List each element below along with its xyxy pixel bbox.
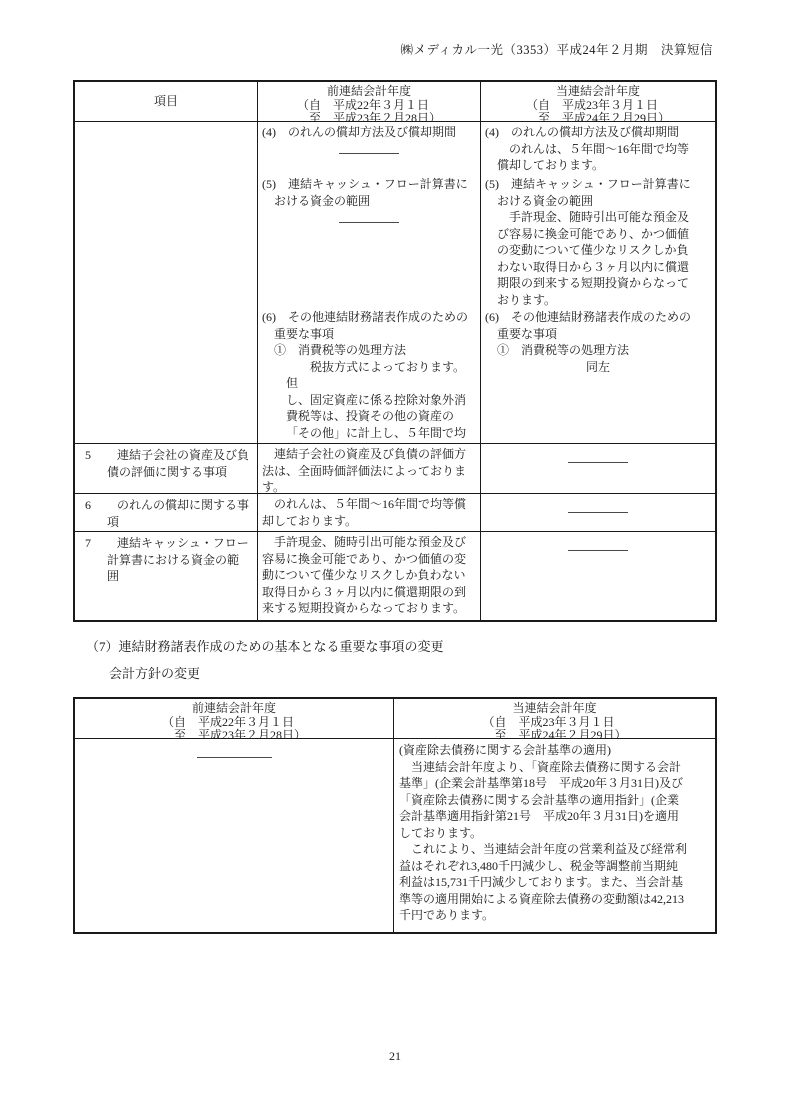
rowA-prev-goodwill-amortization: (4) のれんの償却方法及び償却期間 bbox=[257, 122, 480, 174]
row5-cur-cell bbox=[480, 443, 715, 493]
t2-column-header-prev-period: 前連結会計年度 （自 平成22年３月１日 至 平成23年２月28日） bbox=[75, 699, 393, 739]
row6-prev-text: のれんは、５年間〜16年間で均等償 却しております。 bbox=[262, 496, 476, 529]
g5-heading-prev: (5) 連結キャッシュ・フロー計算書に おける資金の範囲 bbox=[262, 176, 476, 209]
section7-subtitle: 会計方針の変更 bbox=[109, 666, 200, 683]
section7-title: （7）連結財務諸表作成のための基本となる重要な事項の変更 bbox=[86, 639, 444, 656]
row7-cur-cell bbox=[480, 531, 715, 620]
g6-body-prev: 税抜方式によっております。但 し、固定資産に係る控除対象外消 費税等は、投資その… bbox=[286, 359, 476, 444]
row5-label: 連結子会社の資産及び負 債の評価に関する事項 bbox=[107, 447, 253, 480]
prev-period-title: 前連結会計年度 bbox=[262, 85, 476, 99]
row6-cur-cell bbox=[480, 493, 715, 531]
blank-dash bbox=[339, 222, 399, 223]
row7-number: 7 bbox=[85, 535, 91, 552]
column-header-item-label: 項目 bbox=[154, 95, 178, 109]
row7-item-cell: 7 連結キャッシュ・フロー 計算書における資金の範 囲 bbox=[75, 531, 257, 620]
g5-heading-cur: (5) 連結キャッシュ・フロー計算書に おける資金の範囲 bbox=[485, 176, 711, 209]
rowA-item-cell-empty bbox=[75, 122, 257, 443]
column-header-item: 項目 bbox=[75, 82, 257, 122]
cur-period-title: 当連結会計年度 bbox=[485, 85, 711, 99]
g6-item-cur: ① 消費税等の処理方法 bbox=[497, 342, 711, 359]
blank-dash bbox=[568, 550, 628, 551]
blank-dash bbox=[339, 153, 399, 154]
page-number: 21 bbox=[0, 1048, 790, 1065]
document-page: ㈱メディカル一光（3353）平成24年２月期 決算短信 項目 前連結会計年度 （… bbox=[0, 0, 790, 1118]
prev-period-dates: （自 平成22年３月１日 至 平成23年２月28日） bbox=[297, 99, 441, 123]
rowA-prev-other-matters: (6) その他連結財務諸表作成のための 重要な事項 ① 消費税等の処理方法 税抜… bbox=[257, 307, 480, 443]
row6-label: のれんの償却に関する事 項 bbox=[107, 497, 253, 530]
blank-dash bbox=[197, 757, 272, 758]
row6-prev-cell: のれんは、５年間〜16年間で均等償 却しております。 bbox=[257, 493, 480, 531]
g6-item-prev: ① 消費税等の処理方法 bbox=[274, 342, 476, 359]
accounting-policy-table: 項目 前連結会計年度 （自 平成22年３月１日 至 平成23年２月28日） 当連… bbox=[73, 80, 717, 622]
t2-prev-period-title: 前連結会計年度 bbox=[80, 702, 388, 716]
g6-heading-prev: (6) その他連結財務諸表作成のための 重要な事項 bbox=[262, 309, 476, 342]
t2-prev-period-dates: （自 平成22年３月１日 至 平成23年２月28日） bbox=[162, 716, 306, 740]
t2-cur-body-cell: (資産除去債務に関する会計基準の適用) 当連結会計年度より、「資産除去債務に関す… bbox=[393, 739, 715, 932]
row7-label: 連結キャッシュ・フロー 計算書における資金の範 囲 bbox=[107, 535, 253, 585]
row5-item-cell: 5 連結子会社の資産及び負 債の評価に関する事項 bbox=[75, 443, 257, 493]
t2-cur-period-title: 当連結会計年度 bbox=[399, 702, 710, 716]
row7-prev-text: 手許現金、随時引出可能な預金及び 容易に換金可能であり、かつ価値の変 動について… bbox=[262, 534, 476, 617]
row5-prev-text: 連結子会社の資産及び負債の評価方 法は、全面時価評価法によっておりま す。 bbox=[262, 446, 476, 493]
rowA-cur-cashflow-scope: (5) 連結キャッシュ・フロー計算書に おける資金の範囲 手許現金、随時引出可能… bbox=[480, 174, 715, 307]
row6-item-cell: 6 のれんの償却に関する事 項 bbox=[75, 493, 257, 531]
row7-prev-cell: 手許現金、随時引出可能な預金及び 容易に換金可能であり、かつ価値の変 動について… bbox=[257, 531, 480, 620]
blank-dash bbox=[568, 512, 628, 513]
rowA-cur-other-matters: (6) その他連結財務諸表作成のための 重要な事項 ① 消費税等の処理方法 同左 bbox=[480, 307, 715, 443]
row5-prev-cell: 連結子会社の資産及び負債の評価方 法は、全面時価評価法によっておりま す。 bbox=[257, 443, 480, 493]
g6-heading-cur: (6) その他連結財務諸表作成のための 重要な事項 bbox=[485, 309, 711, 342]
row5-number: 5 bbox=[85, 447, 91, 464]
g4-body-cur: のれんは、５年間〜16年間で均等 償却しております。 bbox=[497, 141, 711, 174]
policy-change-table: 前連結会計年度 （自 平成22年３月１日 至 平成23年２月28日） 当連結会計… bbox=[73, 697, 717, 934]
row6-number: 6 bbox=[85, 497, 91, 514]
column-header-cur-period: 当連結会計年度 （自 平成23年３月１日 至 平成24年２月29日） bbox=[480, 82, 715, 122]
cur-period-dates: （自 平成23年３月１日 至 平成24年２月29日） bbox=[526, 99, 670, 123]
t2-prev-body-cell bbox=[75, 739, 393, 932]
column-header-prev-period: 前連結会計年度 （自 平成22年３月１日 至 平成23年２月28日） bbox=[257, 82, 480, 122]
t2-column-header-cur-period: 当連結会計年度 （自 平成23年３月１日 至 平成24年２月29日） bbox=[393, 699, 715, 739]
blank-dash bbox=[568, 462, 628, 463]
document-header: ㈱メディカル一光（3353）平成24年２月期 決算短信 bbox=[400, 42, 713, 59]
g5-body-cur: 手許現金、随時引出可能な預金及 び容易に換金可能であり、かつ価値 の変動について… bbox=[497, 209, 711, 307]
asset-retirement-obligation-text: (資産除去債務に関する会計基準の適用) 当連結会計年度より、「資産除去債務に関す… bbox=[399, 742, 709, 924]
g4-heading-prev: (4) のれんの償却方法及び償却期間 bbox=[262, 124, 476, 141]
g4-heading-cur: (4) のれんの償却方法及び償却期間 bbox=[485, 124, 711, 141]
rowA-prev-cashflow-scope: (5) 連結キャッシュ・フロー計算書に おける資金の範囲 bbox=[257, 174, 480, 307]
g6-same-as-left: 同左 bbox=[485, 359, 711, 376]
t2-cur-period-dates: （自 平成23年３月１日 至 平成24年２月29日） bbox=[482, 716, 626, 740]
rowA-cur-goodwill-amortization: (4) のれんの償却方法及び償却期間 のれんは、５年間〜16年間で均等 償却して… bbox=[480, 122, 715, 174]
